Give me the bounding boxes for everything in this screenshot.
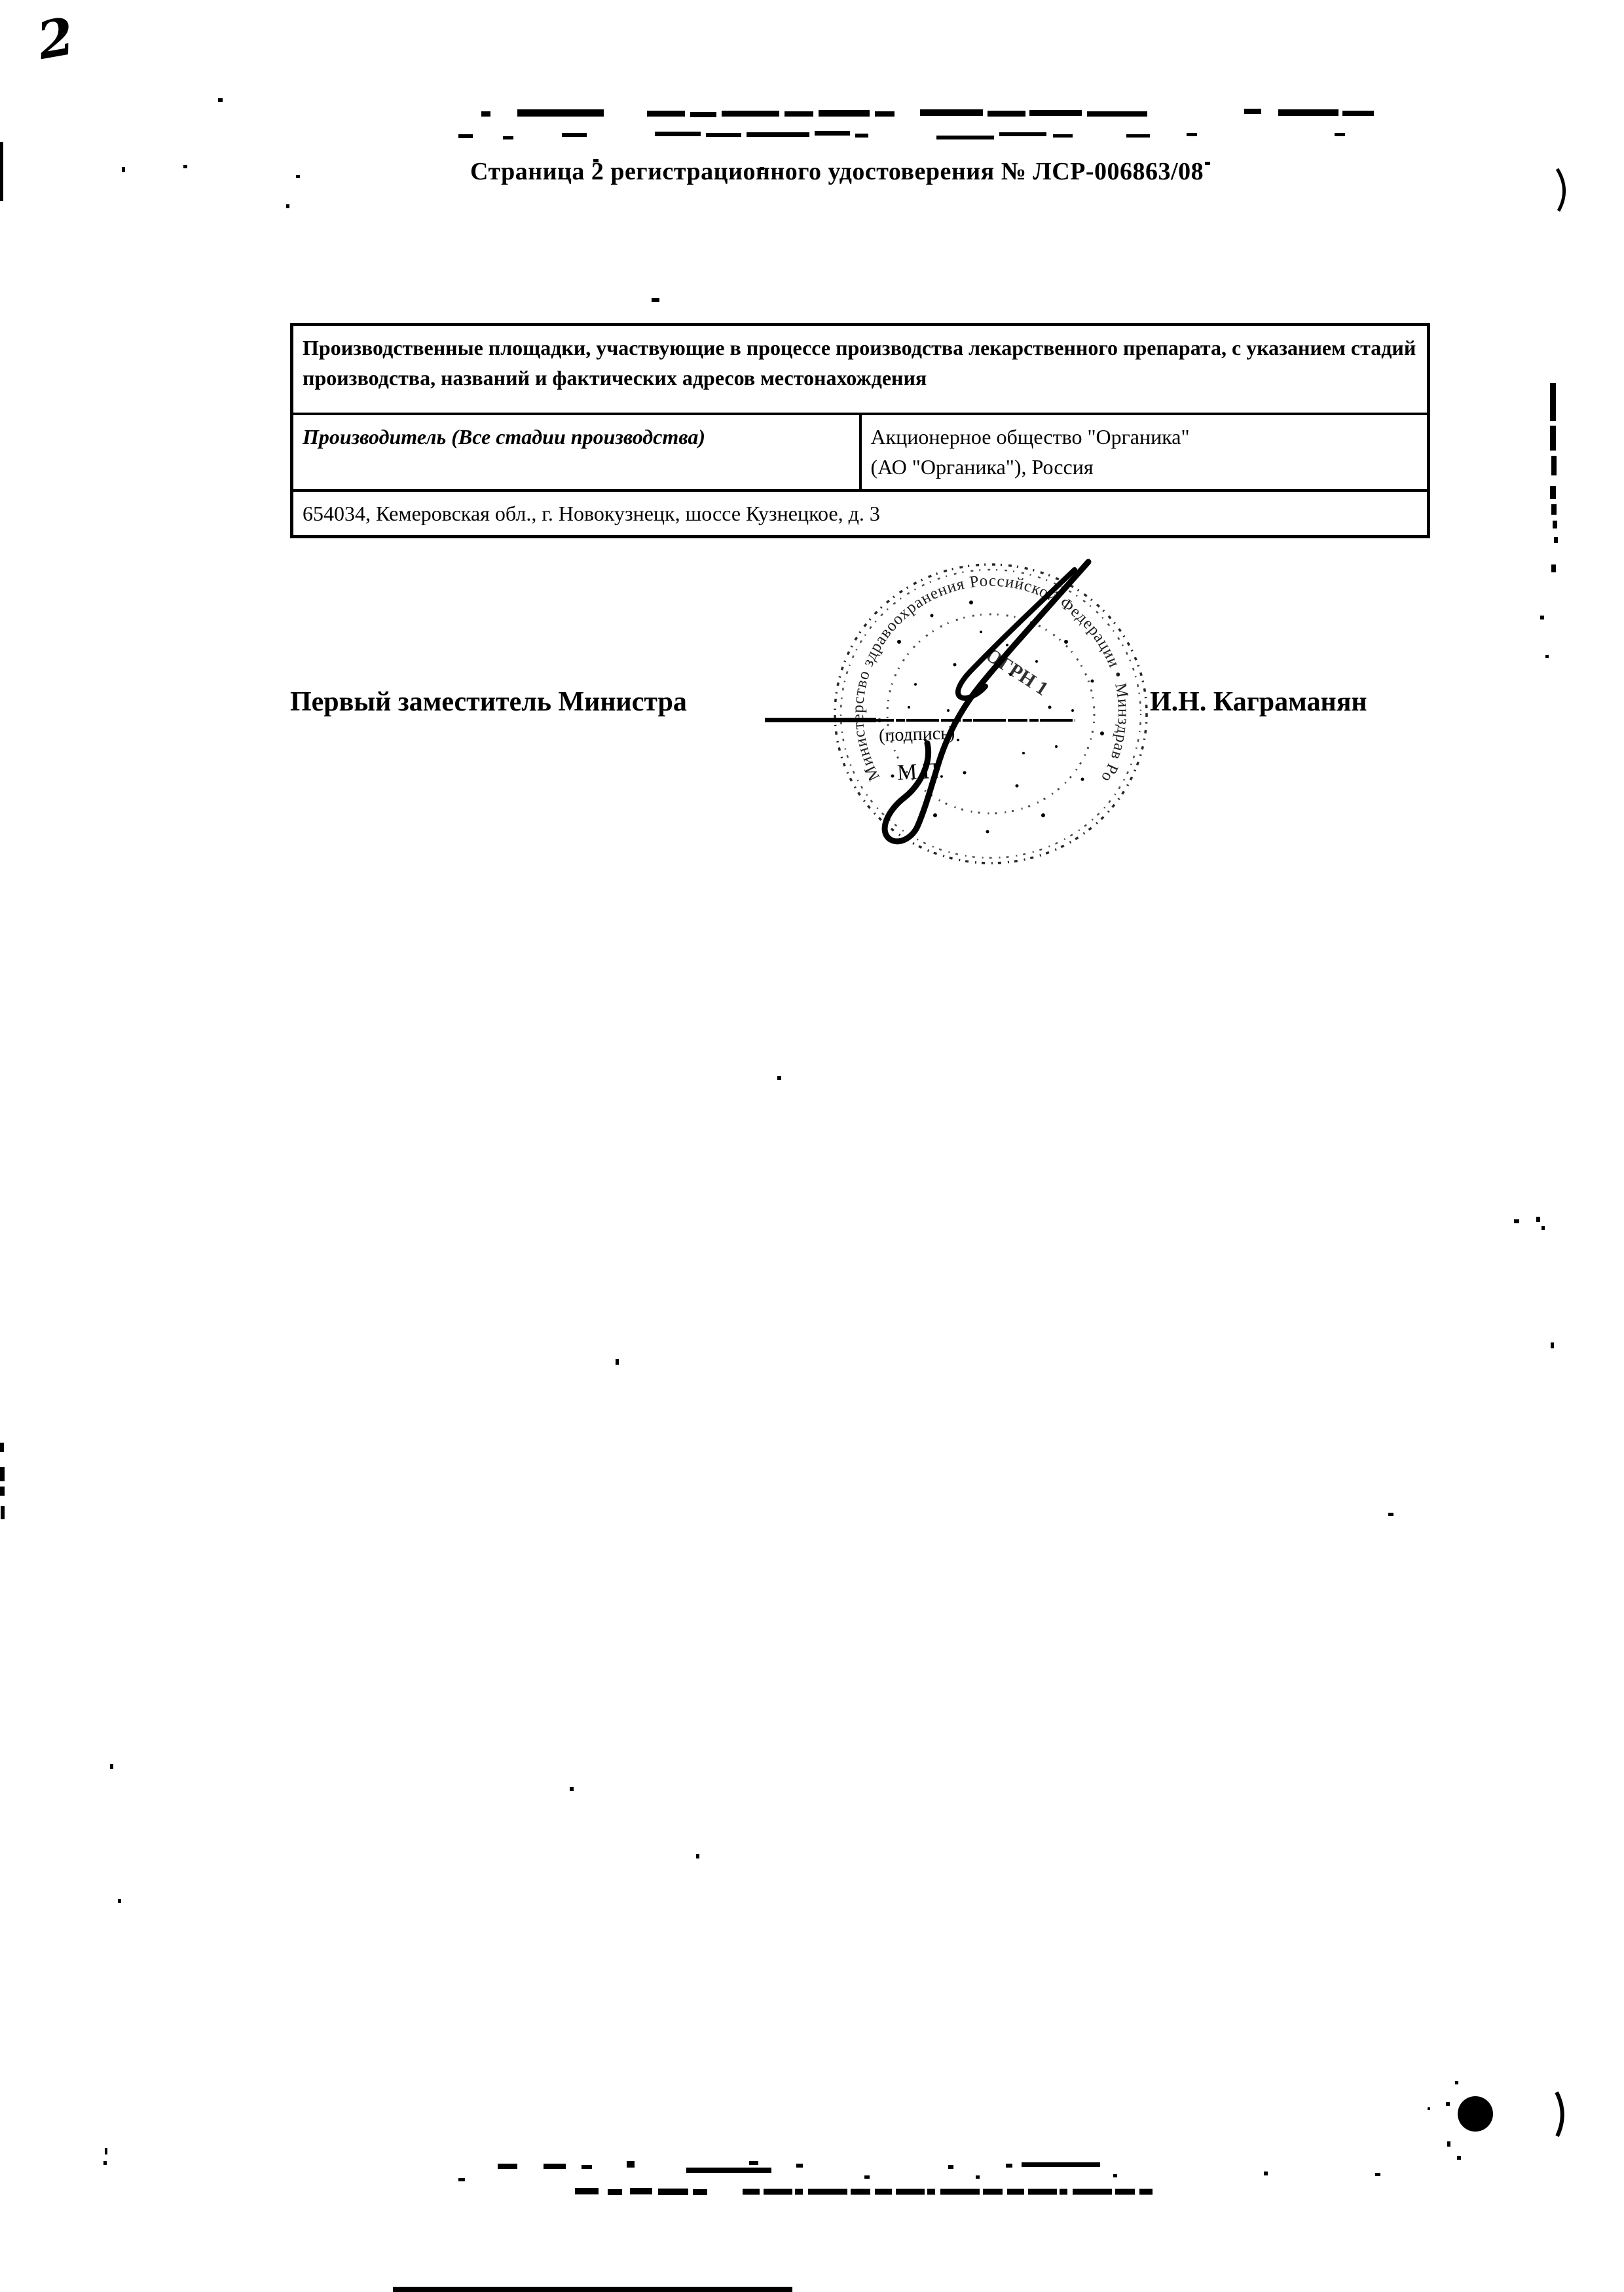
signature-scrawl xyxy=(885,562,1088,841)
producer-address: 654034, Кемеровская обл., г. Новокузнецк… xyxy=(292,490,1429,537)
scanned-document-page: { "page": { "handwritten_page_number": "… xyxy=(0,0,1624,2292)
signatory-name: И.Н. Каграманян xyxy=(1150,686,1367,718)
right-margin-curve-mark xyxy=(1557,169,1564,211)
signatory-role: Первый заместитель Министра xyxy=(290,686,687,718)
scan-noise-bottom xyxy=(393,2161,1380,2292)
scan-noise-mid-page xyxy=(103,1076,1519,2165)
producer-name: Акционерное общество "Органика" xyxy=(871,422,1418,452)
signature-line xyxy=(765,718,1075,722)
page-title: Страница 2 регистрационного удостоверени… xyxy=(470,157,1295,186)
producer-value: Акционерное общество "Органика" (АО "Орг… xyxy=(860,414,1429,490)
production-sites-table: Производственные площадки, участвующие в… xyxy=(290,323,1430,538)
scan-noise-left-edge xyxy=(0,142,5,1519)
stamp-inner-text: ОГРН 1 xyxy=(982,644,1052,700)
address-row: 654034, Кемеровская обл., г. Новокузнецк… xyxy=(292,490,1429,537)
producer-country: (АО "Органика"), Россия xyxy=(871,452,1418,482)
producer-row: Производитель (Все стадии производства) … xyxy=(292,414,1429,490)
producer-label: Производитель (Все стадии производства) xyxy=(292,414,860,490)
seal-place-mark: М.П. xyxy=(896,758,945,786)
punch-hole-mark xyxy=(1428,2081,1562,2160)
scan-noise-right-edge xyxy=(1536,383,1558,1348)
stamp-ring-text: Министерство здравоохранения Российской … xyxy=(821,544,1132,786)
scan-noise-top-bands xyxy=(122,98,1374,302)
handwritten-page-number: 2 xyxy=(33,7,79,71)
table-caption: Производственные площадки, участвующие в… xyxy=(292,325,1429,415)
stamp-noise-specks xyxy=(877,601,1104,834)
table-caption-row: Производственные площадки, участвующие в… xyxy=(292,325,1429,415)
ministry-stamp: Министерство здравоохранения Российской … xyxy=(821,544,1161,884)
signature-caption: (подпись) xyxy=(878,723,955,747)
stamp-ring-text-holder: Министерство здравоохранения Российской … xyxy=(821,544,1132,786)
